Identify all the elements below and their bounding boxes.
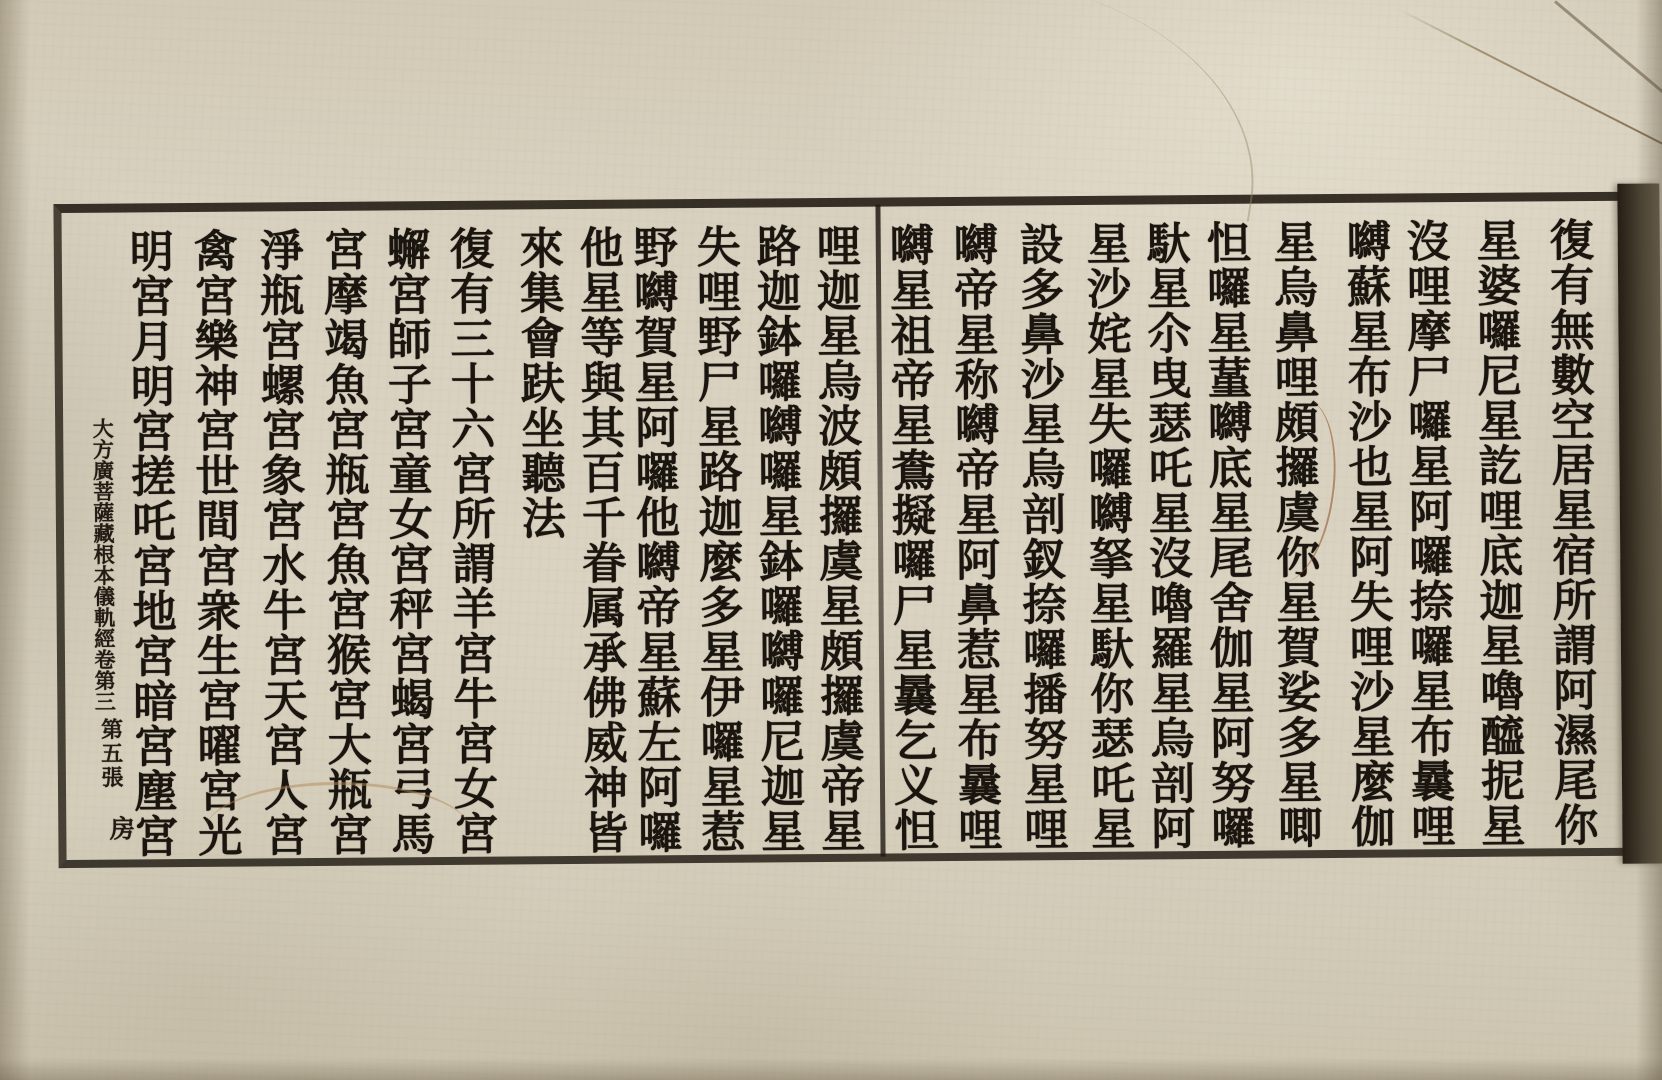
text-column: 星婆囉尼星訖哩底迦星嚕醯抳星 bbox=[1472, 218, 1521, 860]
text-column: 野嚩賀星阿囉他嚩帝星蘇左阿囉 bbox=[629, 224, 678, 866]
text-column: 星烏鼻哩頗攞虞你星賀娑多星唧 bbox=[1269, 219, 1318, 861]
text-column: 宮摩竭魚宮瓶宮魚宮猴宮大瓶宮 bbox=[319, 227, 368, 869]
text-column: 淨瓶宮螺宮象宮水牛宮天宮人宮 bbox=[255, 227, 304, 869]
scanned-sutra-page: { "document": { "script": "Classical Chi… bbox=[0, 0, 1662, 1080]
colophon-title: 大方廣菩薩藏根本儀軌經卷第三 bbox=[87, 418, 119, 718]
text-column: 禽宮樂神宮世間宮衆生宮曜宮光 bbox=[189, 228, 238, 870]
text-column: 復有無數空居星宿所謂阿濕尾你 bbox=[1545, 217, 1594, 859]
text-column: 哩迦星烏波頗攞虞星頗攞虞帝星 bbox=[812, 223, 861, 865]
text-column: 來集會趺坐聽法 bbox=[515, 225, 564, 867]
text-column: 設多鼻沙星烏剖釵捺囉播努星哩 bbox=[1015, 221, 1064, 863]
text-column: 蠏宮師子宮童女宮秤宮蝎宮弓馬 bbox=[382, 226, 431, 868]
sheet-number-label: 第五張 bbox=[95, 718, 127, 790]
text-column: 明宮月明宮搓吒宮地宮暗宮塵宮 bbox=[125, 228, 174, 870]
text-column: 星沙姹星失囉嚩拏星馱你瑟吒星 bbox=[1082, 221, 1131, 863]
scan-edge-shadow-left bbox=[0, 0, 30, 1080]
section-label: 房 bbox=[102, 815, 138, 840]
text-column: 沒哩摩尸囉星阿囉捺囉星布曩哩 bbox=[1402, 218, 1451, 860]
text-column: 嚩蘇星布沙也星阿失哩沙星麼伽 bbox=[1342, 219, 1391, 861]
text-column: 馱星尒曳瑟吒星沒嚕羅星烏剖阿 bbox=[1142, 220, 1191, 862]
text-column: 嚩星祖帝星鴦擬囉尸星曩乞义怛 bbox=[885, 222, 934, 864]
text-column: 他星等與其百千眷属承佛威神皆 bbox=[575, 225, 624, 867]
text-column: 復有三十六宮所謂羊宮牛宮女宮 bbox=[445, 226, 494, 868]
text-column: 怛囉星蓳嚩底星尾舍伽星阿努囉 bbox=[1202, 220, 1251, 862]
text-column: 路迦鉢囉嚩囉星鉢囉嚩囉尼迦星 bbox=[752, 223, 801, 865]
text-column: 嚩帝星称嚩帝星阿鼻惹星布曩哩 bbox=[949, 222, 998, 864]
text-column: 失哩野尸星路迦麼多星伊囉星惹 bbox=[692, 224, 741, 866]
scan-edge-shadow-bottom bbox=[0, 1058, 1662, 1080]
sheet: 復有無數空居星宿所謂阿濕尾你星婆囉尼星訖哩底迦星嚕醯抳星沒哩摩尸囉星阿囉捺囉星布… bbox=[0, 0, 1662, 1080]
scan-edge-shadow-right bbox=[1636, 0, 1662, 1080]
